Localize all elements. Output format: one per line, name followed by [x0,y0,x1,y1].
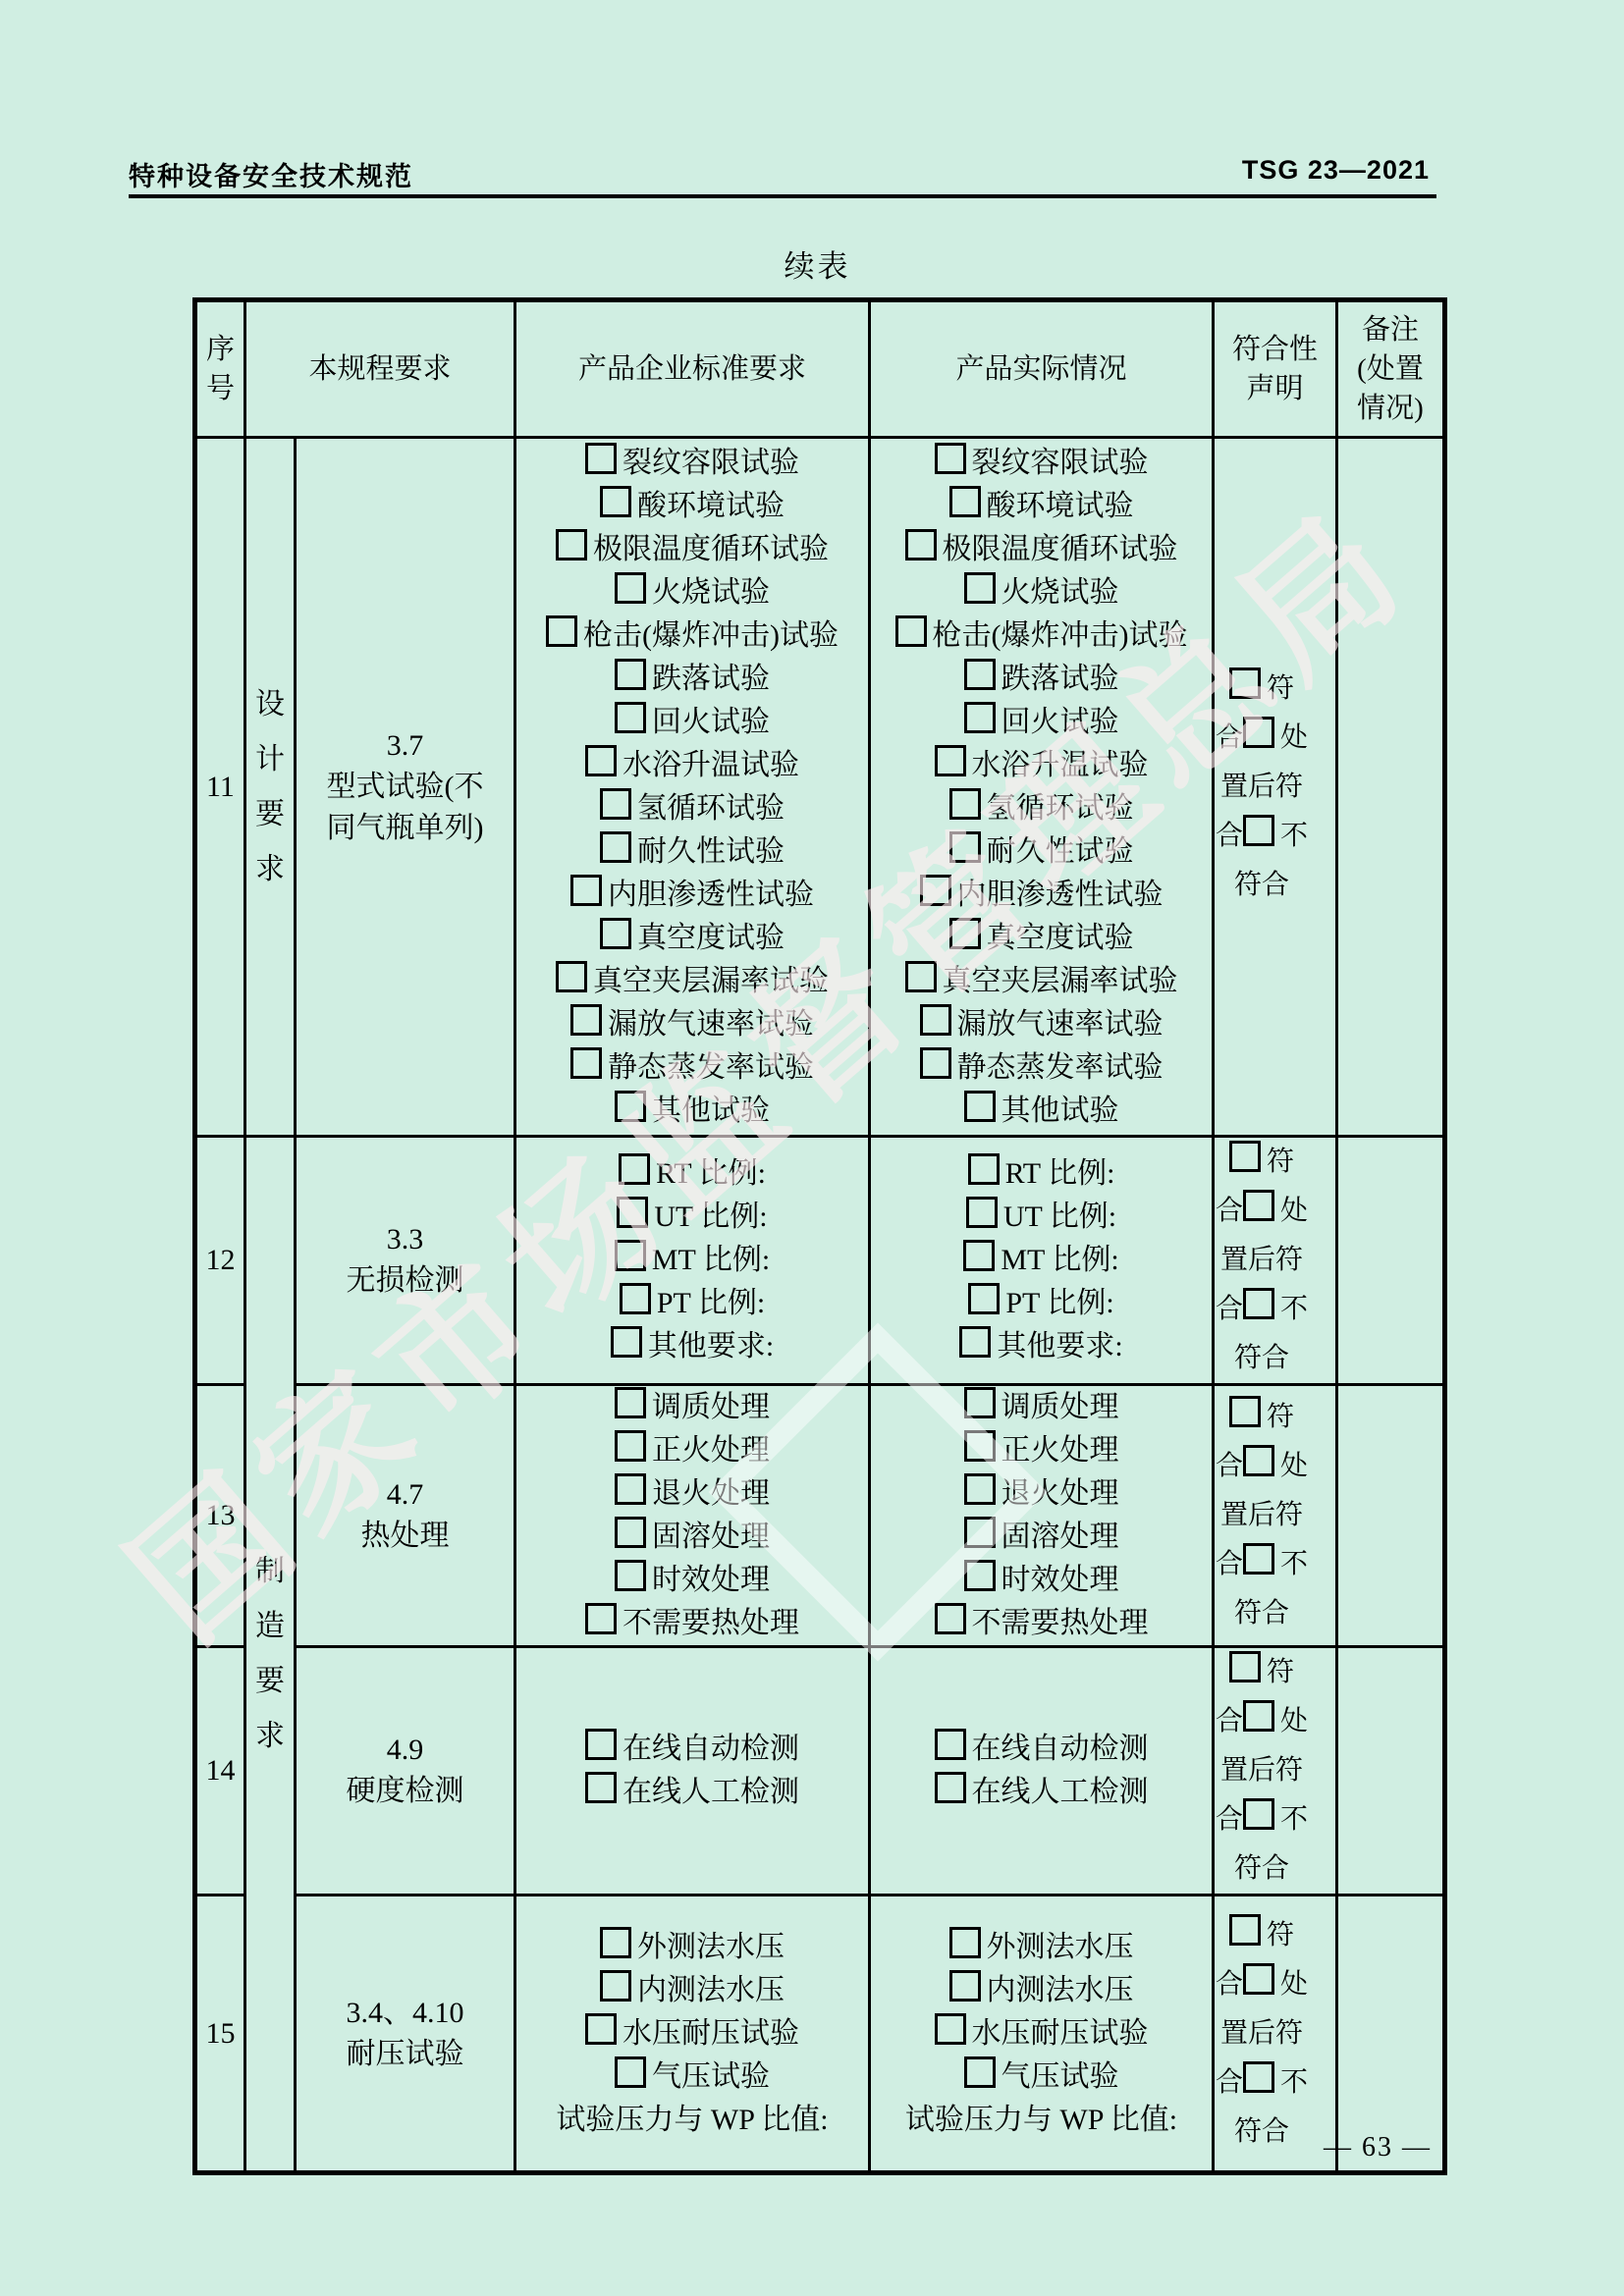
checklist-item: 试验压力与 WP 比值: [516,2099,868,2142]
checkbox-icon [570,875,602,906]
col-header-conformity-lines: 符合性声明 [1215,330,1335,408]
checkbox-icon [935,1772,966,1803]
table-header-row: 序号 本规程要求 产品企业标准要求 产品实际情况 符合性声明 备注(处置情况) [195,300,1445,438]
checkbox-icon [1243,1963,1274,1995]
checklist-item: 回火试验 [871,701,1212,744]
checklist-item: 漏放气速率试验 [871,1003,1212,1046]
remark-cell [1337,1137,1445,1385]
checklist-item: 正火处理 [516,1429,868,1472]
checkbox-icon [935,443,966,474]
actual-checklist: 在线自动检测在线人工检测 [871,1728,1212,1814]
checkbox-icon [1243,717,1274,748]
clause-number: 4.9 [297,1730,514,1771]
checkbox-icon [615,1240,646,1271]
review-table: 序号 本规程要求 产品企业标准要求 产品实际情况 符合性声明 备注(处置情况) … [192,297,1447,2175]
actual-checklist: 调质处理正火处理退火处理固溶处理时效处理不需要热处理 [871,1386,1212,1645]
checkbox-icon [619,1153,650,1185]
actual-checklist-cell: 调质处理正火处理退火处理固溶处理时效处理不需要热处理 [870,1385,1214,1647]
checkbox-icon [570,1004,602,1036]
checklist-item: 酸环境试验 [516,485,868,528]
checkbox-icon [935,2013,966,2045]
checkbox-icon [615,659,646,690]
checkbox-icon [620,1283,651,1314]
checklist-item: 不需要热处理 [871,1602,1212,1645]
checkbox-icon [546,615,577,647]
checklist-item: 正火处理 [871,1429,1212,1472]
checklist-item: PT 比例: [871,1282,1212,1325]
table-row-12: 12 制造要求 3.3 无损检测 RT 比例:UT 比例:MT 比例:PT 比例… [195,1137,1445,1385]
checklist-item: 极限温度循环试验 [871,528,1212,571]
conformity-option: 不符合 [1234,1294,1308,1373]
checkbox-icon [1229,667,1261,699]
enterprise-checklist-cell: 裂纹容限试验酸环境试验极限温度循环试验火烧试验枪击(爆炸冲击)试验跌落试验回火试… [515,438,870,1137]
enterprise-checklist: 外测法水压内测法水压水压耐压试验气压试验试验压力与 WP 比值: [516,1926,868,2142]
checkbox-icon [600,1970,631,2002]
checklist-item: 耐久性试验 [871,830,1212,874]
actual-checklist: 外测法水压内测法水压水压耐压试验气压试验试验压力与 WP 比值: [871,1926,1212,2142]
checklist-item: 固溶处理 [871,1516,1212,1559]
conformity-options: 符合处置后符合不符合 [1215,1138,1309,1383]
checklist-item: 在线人工检测 [871,1771,1212,1814]
conformity-options: 符合处置后符合不符合 [1215,665,1309,910]
actual-checklist-cell: 在线自动检测在线人工检测 [870,1647,1214,1896]
checkbox-icon [895,615,927,647]
checklist-item: 退火处理 [871,1472,1212,1516]
category-char: 计 [246,732,294,787]
serial-cell: 12 [195,1137,245,1385]
category-manufacture-text: 制造要求 [246,1544,294,1764]
checklist-item: 退火处理 [516,1472,868,1516]
checklist-item: 枪击(爆炸冲击)试验 [516,614,868,658]
conformity-cell: 符合处置后符合不符合 [1214,1385,1337,1647]
conformity-option: 不符合 [1234,2067,1308,2147]
checklist-item: UT 比例: [516,1196,868,1239]
clause-cell: 3.7 型式试验(不同气瓶单列) [296,438,515,1137]
clause-number: 3.7 [297,725,514,767]
checkbox-icon [964,1560,996,1591]
checkbox-icon [615,1560,646,1591]
category-design-text: 设计要求 [246,677,294,897]
checkbox-icon [585,2013,617,2045]
checklist-item: RT 比例: [516,1152,868,1196]
table-row-11: 11 设计要求 3.7 型式试验(不同气瓶单列) 裂纹容限试验酸环境试验极限温度… [195,438,1445,1137]
checkbox-icon [615,2056,646,2088]
table-row-15: 15 3.4、4.10 耐压试验 外测法水压内测法水压水压耐压试验气压试验试验压… [195,1896,1445,2173]
clause-number: 3.3 [297,1219,514,1260]
enterprise-checklist-cell: 在线自动检测在线人工检测 [515,1647,870,1896]
enterprise-checklist-cell: 调质处理正火处理退火处理固溶处理时效处理不需要热处理 [515,1385,870,1647]
checklist-item: 内胆渗透性试验 [516,874,868,917]
checkbox-icon [600,918,631,949]
checkbox-icon [1243,1798,1274,1830]
checkbox-icon [964,2056,996,2088]
checkbox-icon [570,1047,602,1079]
checkbox-icon [1243,2061,1274,2093]
checklist-item: 回火试验 [516,701,868,744]
clause-name: 硬度检测 [316,1771,495,1812]
checkbox-icon [964,1091,996,1122]
actual-checklist-cell: 裂纹容限试验酸环境试验极限温度循环试验火烧试验枪击(爆炸冲击)试验跌落试验回火试… [870,438,1214,1137]
checklist-item: 酸环境试验 [871,485,1212,528]
table-row-13: 13 4.7 热处理 调质处理正火处理退火处理固溶处理时效处理不需要热处理 调质… [195,1385,1445,1647]
enterprise-checklist: 调质处理正火处理退火处理固溶处理时效处理不需要热处理 [516,1386,868,1645]
checkbox-icon [935,1729,966,1760]
checkbox-icon [935,745,966,776]
conformity-cell: 符合处置后符合不符合 [1214,1896,1337,2173]
checklist-item: MT 比例: [516,1239,868,1282]
checkbox-icon [615,1430,646,1462]
col-header-remark-lines: 备注(处置情况) [1338,310,1442,428]
header-line: 声明 [1215,369,1335,408]
checkbox-icon [1243,1288,1274,1319]
actual-checklist: 裂纹容限试验酸环境试验极限温度循环试验火烧试验枪击(爆炸冲击)试验跌落试验回火试… [871,442,1212,1133]
category-char: 求 [246,1709,294,1764]
clause-cell: 4.9 硬度检测 [296,1647,515,1896]
col-header-actual: 产品实际情况 [870,300,1214,438]
checkbox-icon [611,1326,642,1358]
checkbox-icon [585,1729,617,1760]
checkbox-icon [585,745,617,776]
checkbox-icon [920,1004,951,1036]
checklist-item: 不需要热处理 [516,1602,868,1645]
checklist-item: 气压试验 [516,2056,868,2099]
clause-number: 4.7 [297,1474,514,1516]
checkbox-icon [949,486,981,517]
checkbox-icon [615,1387,646,1418]
col-header-conformity: 符合性声明 [1214,300,1337,438]
checkbox-icon [905,961,937,992]
serial-cell: 15 [195,1896,245,2173]
checklist-item: 时效处理 [871,1559,1212,1602]
category-char: 造 [246,1599,294,1654]
doc-title: 特种设备安全技术规范 [129,155,413,193]
remark-cell [1337,1385,1445,1647]
checklist-item: RT 比例: [871,1152,1212,1196]
conformity-cell: 符合处置后符合不符合 [1214,438,1337,1137]
enterprise-checklist: RT 比例:UT 比例:MT 比例:PT 比例:其他要求: [516,1152,868,1368]
enterprise-checklist: 在线自动检测在线人工检测 [516,1728,868,1814]
checklist-item: 其他试验 [871,1090,1212,1133]
checkbox-icon [949,1927,981,1958]
checklist-item: 氢循环试验 [516,787,868,830]
checklist-item: 枪击(爆炸冲击)试验 [871,614,1212,658]
enterprise-checklist-cell: 外测法水压内测法水压水压耐压试验气压试验试验压力与 WP 比值: [515,1896,870,2173]
checklist-item: 在线人工检测 [516,1771,868,1814]
enterprise-checklist-cell: RT 比例:UT 比例:MT 比例:PT 比例:其他要求: [515,1137,870,1385]
checklist-item: 真空夹层漏率试验 [516,960,868,1003]
conformity-option: 不符合 [1234,821,1308,900]
category-cell-design: 设计要求 [245,438,296,1137]
checkbox-icon [949,831,981,863]
checkbox-icon [556,529,587,561]
checkbox-icon [905,529,937,561]
checklist-item: 内测法水压 [871,1969,1212,2012]
checkbox-icon [615,702,646,733]
checkbox-icon [949,918,981,949]
serial-cell: 13 [195,1385,245,1647]
checkbox-icon [1243,815,1274,846]
checkbox-icon [615,1517,646,1548]
checkbox-icon [1229,1141,1261,1172]
checklist-item: 在线自动检测 [871,1728,1212,1771]
checkbox-icon [963,1240,995,1271]
clause-name: 耐压试验 [316,2034,495,2075]
category-char: 要 [246,787,294,842]
checkbox-icon [585,1603,617,1634]
checkbox-icon [935,1603,966,1634]
checklist-item: 气压试验 [871,2056,1212,2099]
checkbox-icon [1243,1445,1274,1476]
checklist-item: 水压耐压试验 [871,2012,1212,2056]
conformity-options: 符合处置后符合不符合 [1215,1911,1309,2157]
checkbox-icon [1229,1651,1261,1682]
checklist-item: 其他要求: [871,1325,1212,1368]
serial-cell: 14 [195,1647,245,1896]
conformity-cell: 符合处置后符合不符合 [1214,1647,1337,1896]
checkbox-icon [920,875,951,906]
category-char: 求 [246,842,294,897]
checkbox-icon [964,1517,996,1548]
checklist-item: 真空夹层漏率试验 [871,960,1212,1003]
checklist-item: 试验压力与 WP 比值: [871,2099,1212,2142]
checkbox-icon [600,1927,631,1958]
checklist-item: 静态蒸发率试验 [516,1046,868,1090]
checkbox-icon [964,702,996,733]
table-caption: 续表 [192,241,1442,286]
checklist-item: 跌落试验 [516,658,868,701]
checkbox-icon [964,659,996,690]
clause-number: 3.4、4.10 [297,1993,514,2034]
checkbox-icon [964,572,996,604]
page-number: — 63 — [1324,2132,1432,2163]
checklist-item: 极限温度循环试验 [516,528,868,571]
checkbox-icon [600,788,631,820]
checklist-item: 水浴升温试验 [516,744,868,787]
checklist-item: 火烧试验 [516,571,868,614]
checklist-item: 外测法水压 [516,1926,868,1969]
checklist-item: 真空度试验 [871,917,1212,960]
remark-cell [1337,1647,1445,1896]
checklist-item: 水浴升温试验 [871,744,1212,787]
table-row-14: 14 4.9 硬度检测 在线自动检测在线人工检测 在线自动检测在线人工检测 符合… [195,1647,1445,1896]
checklist-item: PT 比例: [516,1282,868,1325]
clause-name: 型式试验(不同气瓶单列) [316,767,495,849]
checkbox-icon [968,1153,1000,1185]
checklist-item: 在线自动检测 [516,1728,868,1771]
checkbox-icon [1229,1396,1261,1427]
clause-name: 热处理 [316,1516,495,1557]
checkbox-icon [1243,1543,1274,1575]
checkbox-icon [615,1473,646,1505]
category-char: 制 [246,1544,294,1599]
category-char: 要 [246,1654,294,1709]
checkbox-icon [556,961,587,992]
enterprise-checklist: 裂纹容限试验酸环境试验极限温度循环试验火烧试验枪击(爆炸冲击)试验跌落试验回火试… [516,442,868,1133]
header-line: (处置 [1338,349,1442,389]
checklist-item: 水压耐压试验 [516,2012,868,2056]
checkbox-icon [920,1047,951,1079]
checklist-item: 火烧试验 [871,571,1212,614]
actual-checklist: RT 比例:UT 比例:MT 比例:PT 比例:其他要求: [871,1152,1212,1368]
doc-code: TSG 23—2021 [1242,155,1430,186]
conformity-option: 不符合 [1234,1549,1308,1629]
checkbox-icon [615,1091,646,1122]
checklist-item: 其他试验 [516,1090,868,1133]
checkbox-icon [964,1387,996,1418]
checklist-item: 漏放气速率试验 [516,1003,868,1046]
clause-name: 无损检测 [316,1260,495,1302]
checklist-item: 内测法水压 [516,1969,868,2012]
col-header-no: 序号 [195,300,245,438]
checkbox-icon [1243,1190,1274,1221]
checkbox-icon [600,831,631,863]
checklist-item: 真空度试验 [516,917,868,960]
header-line: 备注 [1338,310,1442,349]
checklist-item: MT 比例: [871,1239,1212,1282]
col-header-remark: 备注(处置情况) [1337,300,1445,438]
checklist-item: 调质处理 [871,1386,1212,1429]
checkbox-icon [617,1197,648,1228]
checkbox-icon [585,443,617,474]
checkbox-icon [966,1197,998,1228]
checklist-item: 跌落试验 [871,658,1212,701]
col-header-enterprise: 产品企业标准要求 [515,300,870,438]
checklist-item: 其他要求: [516,1325,868,1368]
checkbox-icon [959,1326,991,1358]
clause-cell: 4.7 热处理 [296,1385,515,1647]
checkbox-icon [1229,1914,1261,1946]
checkbox-icon [585,1772,617,1803]
header-line: 号 [197,369,244,408]
conformity-options: 符合处置后符合不符合 [1215,1648,1309,1894]
checkbox-icon [949,1970,981,2002]
checklist-item: 时效处理 [516,1559,868,1602]
conformity-options: 符合处置后符合不符合 [1215,1393,1309,1638]
serial-cell: 11 [195,438,245,1137]
checklist-item: 固溶处理 [516,1516,868,1559]
header-line: 情况) [1338,389,1442,428]
actual-checklist-cell: RT 比例:UT 比例:MT 比例:PT 比例:其他要求: [870,1137,1214,1385]
checklist-item: 外测法水压 [871,1926,1212,1969]
category-char: 设 [246,677,294,732]
checkbox-icon [600,486,631,517]
remark-cell [1337,438,1445,1137]
checklist-item: UT 比例: [871,1196,1212,1239]
checkbox-icon [1243,1700,1274,1732]
actual-checklist-cell: 外测法水压内测法水压水压耐压试验气压试验试验压力与 WP 比值: [870,1896,1214,2173]
col-header-no-lines: 序号 [197,330,244,408]
checklist-item: 裂纹容限试验 [516,442,868,485]
checklist-item: 氢循环试验 [871,787,1212,830]
header-divider [129,194,1436,198]
clause-cell: 3.4、4.10 耐压试验 [296,1896,515,2173]
checkbox-icon [615,572,646,604]
checklist-item: 内胆渗透性试验 [871,874,1212,917]
checkbox-icon [964,1473,996,1505]
conformity-option: 不符合 [1234,1804,1308,1884]
header-line: 序 [197,330,244,369]
col-header-regulation: 本规程要求 [245,300,515,438]
checklist-item: 裂纹容限试验 [871,442,1212,485]
checkbox-icon [964,1430,996,1462]
checkbox-icon [949,788,981,820]
checkbox-icon [968,1283,1000,1314]
header-line: 符合性 [1215,330,1335,369]
checklist-item: 调质处理 [516,1386,868,1429]
checklist-item: 耐久性试验 [516,830,868,874]
clause-cell: 3.3 无损检测 [296,1137,515,1385]
conformity-cell: 符合处置后符合不符合 [1214,1137,1337,1385]
category-cell-manufacture: 制造要求 [245,1137,296,2173]
checklist-item: 静态蒸发率试验 [871,1046,1212,1090]
